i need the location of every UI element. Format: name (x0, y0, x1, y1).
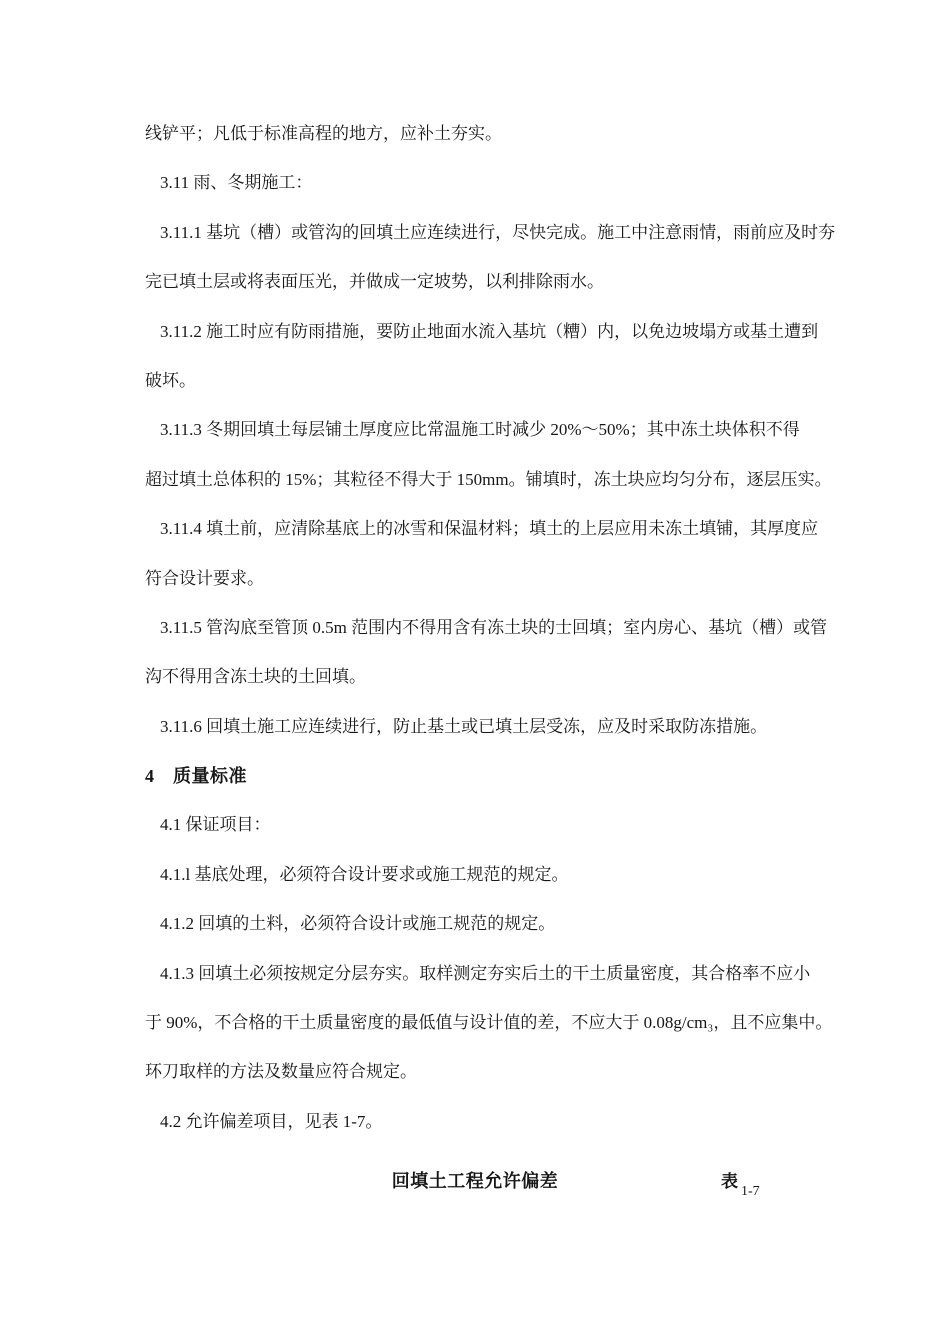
text-line: 4.1.3 回填土必须按规定分层夯实。取样测定夯实后土的干土质量密度，其合格率不… (145, 962, 835, 1011)
text-line: 4.2 允许偏差项目，见表 1-7。 (145, 1110, 835, 1159)
text-line: 4.1.2 回填的土料，必须符合设计或施工规范的规定。 (145, 912, 835, 961)
text-line: 3.11 雨、冬期施工： (145, 171, 835, 220)
text-line: 3.11.6 回填土施工应连续进行，防止基土或已填土层受冻，应及时采取防冻措施。 (145, 715, 835, 764)
table-caption-ref: 表1-7 (721, 1167, 760, 1192)
text-line: 环刀取样的方法及数量应符合规定。 (145, 1060, 835, 1109)
document-page: 线铲平；凡低于标准高程的地方，应补土夯实。3.11 雨、冬期施工：3.11.1 … (0, 0, 950, 1344)
text-line: 线铲平；凡低于标准高程的地方，应补土夯实。 (145, 122, 835, 171)
text-line: 3.11.4 填土前，应清除基底上的冰雪和保温材料；填土的上层应用未冻土填铺，其… (145, 517, 835, 566)
text-line: 超过填土总体积的 15%；其粒径不得大于 150mm。铺填时，冻土块应均匀分布，… (145, 468, 835, 517)
table-caption-number: 1-7 (741, 1184, 760, 1199)
text-line: 沟不得用含冻土块的土回填。 (145, 665, 835, 714)
section-heading: 4 质量标准 (145, 764, 835, 813)
text-line: 完已填土层或将表面压光，并做成一定坡势，以利排除雨水。 (145, 270, 835, 319)
text-line: 符合设计要求。 (145, 567, 835, 616)
text-line: 4.1.l 基底处理，必须符合设计要求或施工规范的规定。 (145, 863, 835, 912)
text-line: 于 90%，不合格的干土质量密度的最低值与设计值的差，不应大于 0.08g/cm… (145, 1011, 835, 1060)
text-line: 4.1 保证项目： (145, 813, 835, 862)
text-line: 破坏。 (145, 369, 835, 418)
text-line: 3.11.2 施工时应有防雨措施，要防止地面水流入基坑（糟）内，以免边坡塌方或基… (145, 320, 835, 369)
document-lines: 线铲平；凡低于标准高程的地方，应补土夯实。3.11 雨、冬期施工：3.11.1 … (145, 122, 835, 1159)
text-line: 3.11.3 冬期回填土每层铺土厚度应比常温施工时减少 20%～50%；其中冻土… (145, 418, 835, 467)
table-caption-label: 表 (721, 1172, 738, 1191)
table-caption: 回填土工程允许偏差 表1-7 (0, 1167, 950, 1201)
text-line: 3.11.1 基坑（槽）或管沟的回填土应连续进行，尽快完成。施工中注意雨情，雨前… (145, 221, 835, 270)
text-line: 3.11.5 管沟底至管顶 0.5m 范围内不得用含有冻土块的士回填；室内房心、… (145, 616, 835, 665)
table-caption-title: 回填土工程允许偏差 (392, 1167, 559, 1193)
